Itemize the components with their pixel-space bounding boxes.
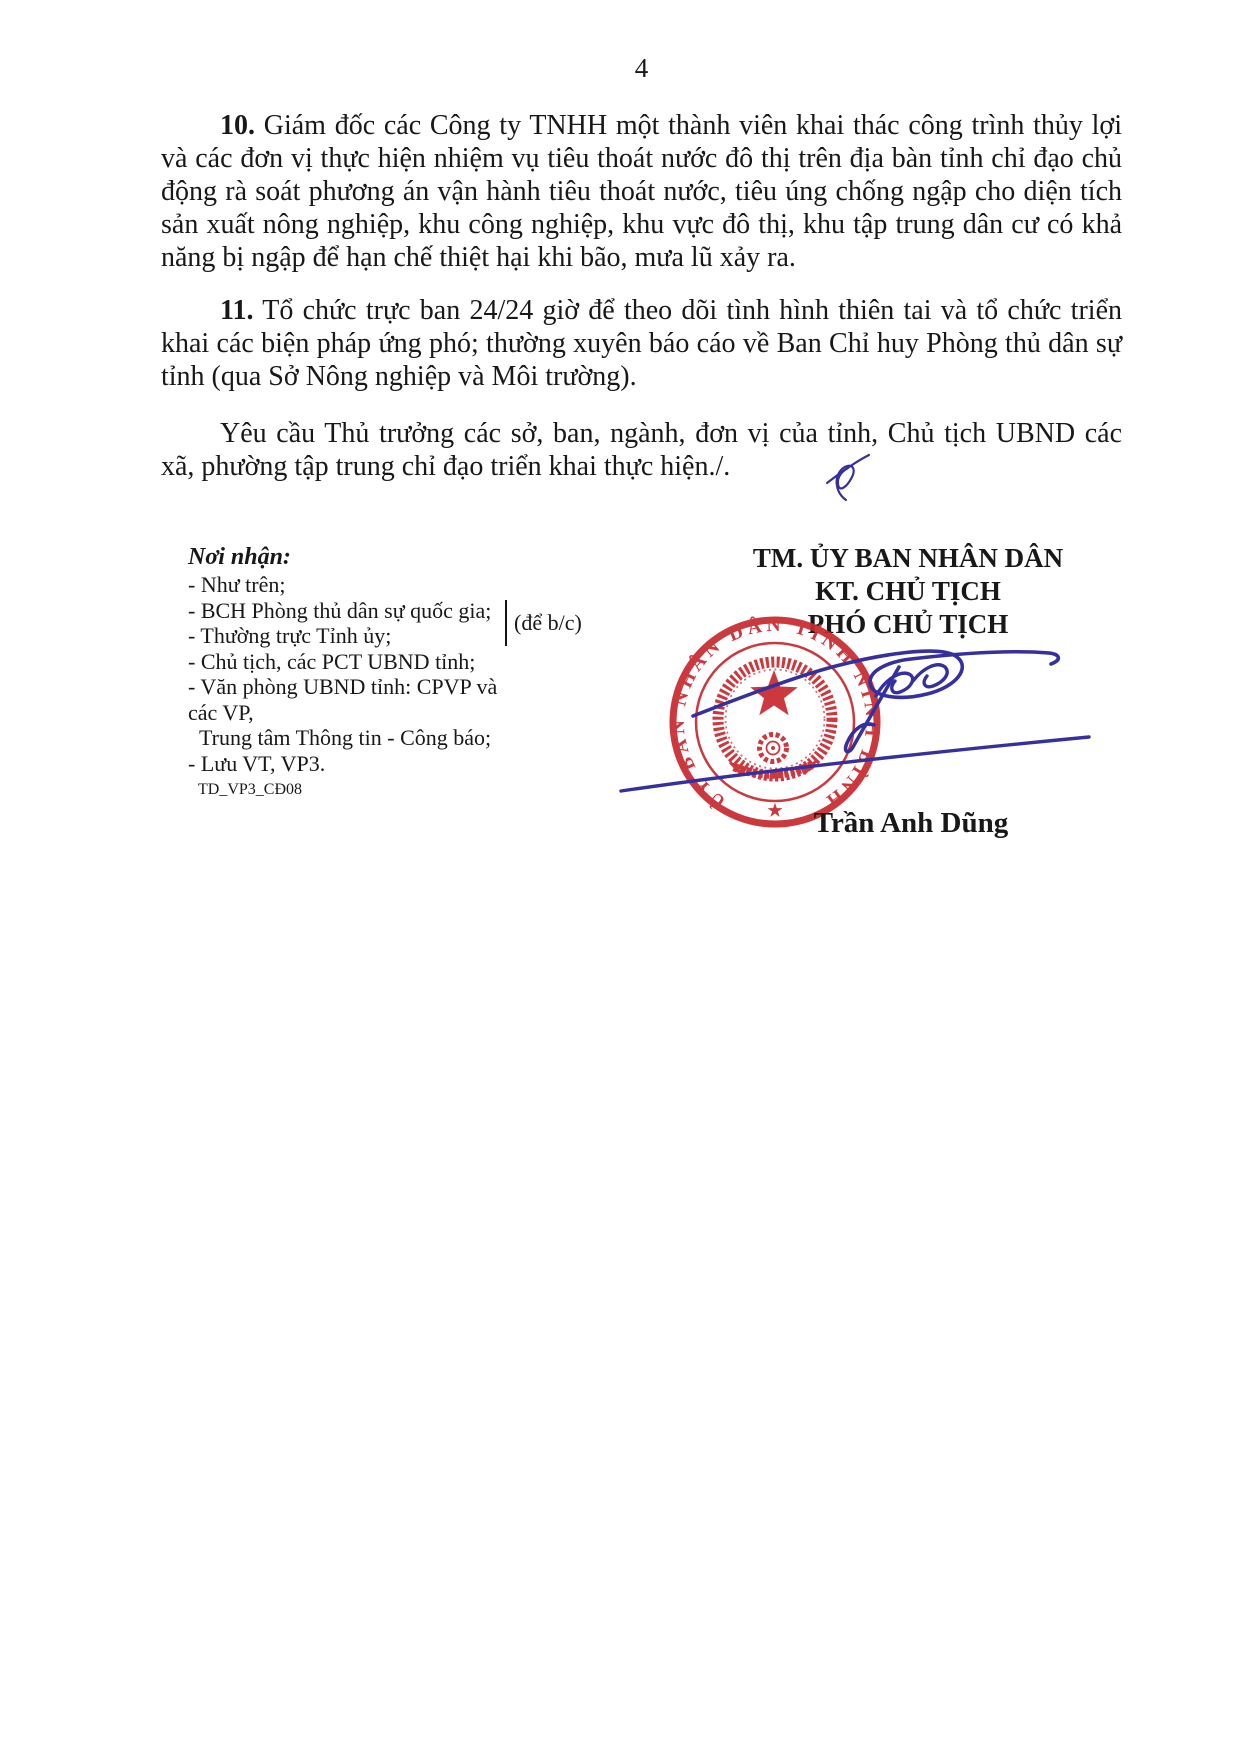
recipient-item: - Thường trực Tỉnh ủy; bbox=[188, 623, 528, 649]
recipient-item: - Chủ tịch, các PCT UBND tỉnh; bbox=[188, 649, 528, 675]
closing-paragraph: Yêu cầu Thủ trưởng các sở, ban, ngành, đ… bbox=[161, 417, 1122, 483]
paragraph-number: 11. bbox=[220, 295, 253, 326]
paragraph-number: 10. bbox=[220, 110, 255, 141]
recipients-heading: Nơi nhận: bbox=[188, 542, 528, 572]
body-paragraph: 11. Tổ chức trực ban 24/24 giờ để theo d… bbox=[161, 294, 1122, 393]
paragraph-text: Tổ chức trực ban 24/24 giờ để theo dõi t… bbox=[161, 295, 1122, 392]
signer-name: Trần Anh Dũng bbox=[705, 806, 1117, 840]
page-number: 4 bbox=[161, 52, 1122, 85]
body-paragraph: 10. Giám đốc các Công ty TNHH một thành … bbox=[161, 109, 1122, 274]
recipient-item: Trung tâm Thông tin - Công báo; bbox=[188, 725, 528, 751]
paragraph-text: Giám đốc các Công ty TNHH một thành viên… bbox=[161, 110, 1122, 273]
recipient-item: - Văn phòng UBND tỉnh: CPVP và các VP, bbox=[188, 674, 528, 725]
body-column: 4 10. Giám đốc các Công ty TNHH một thàn… bbox=[161, 52, 1122, 483]
recipient-item: - BCH Phòng thủ dân sự quốc gia; bbox=[188, 598, 528, 624]
signature-ink bbox=[560, 560, 1120, 830]
paragraphs: 10. Giám đốc các Công ty TNHH một thành … bbox=[161, 109, 1122, 393]
document-code: TD_VP3_CĐ08 bbox=[188, 780, 528, 799]
recipients-block: Nơi nhận: - Như trên; - BCH Phòng thủ dâ… bbox=[188, 542, 528, 799]
handwritten-initials bbox=[812, 450, 876, 508]
recipients-list: - Như trên; - BCH Phòng thủ dân sự quốc … bbox=[188, 572, 528, 776]
document-page: 4 10. Giám đốc các Công ty TNHH một thàn… bbox=[0, 0, 1241, 1754]
recipient-item: - Như trên; bbox=[188, 572, 528, 598]
brace-bar bbox=[505, 600, 507, 646]
recipient-item: - Lưu VT, VP3. bbox=[188, 751, 528, 777]
